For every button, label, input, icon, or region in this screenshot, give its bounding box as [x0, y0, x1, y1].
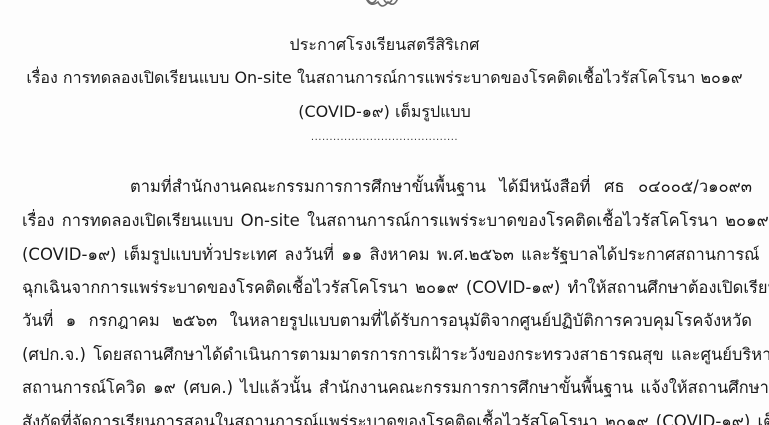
dotted-separator: ........................................	[0, 132, 769, 143]
body-line-2: เรื่อง การทดลองเปิดเรียนแบบ On-site ในสถ…	[22, 210, 752, 232]
body-line-6: (ศปก.จ.) โดยสถานศึกษาได้ดำเนินการตามมาตร…	[22, 344, 752, 366]
body-line-5: วันที่ ๑ กรกฎาคม ๒๕๖๓ ในหลายรูปแบบตามที่…	[22, 310, 752, 332]
announcement-title: ประกาศโรงเรียนสตรีสิริเกศ	[0, 34, 769, 56]
school-emblem-icon	[348, 0, 412, 12]
body-line-4: ฉุกเฉินจากการแพร่ระบาดของโรคติดเชื้อไวรั…	[22, 277, 752, 299]
subject-line-2: (COVID-๑๙) เต็มรูปแบบ	[0, 101, 769, 123]
document-page: ประกาศโรงเรียนสตรีสิริเกศ เรื่อง การทดลอ…	[0, 0, 769, 425]
body-line-7: สถานการณ์โควิด ๑๙ (ศบค.) ไปแล้วนั้น สำนั…	[22, 377, 752, 399]
body-line-1: ตามที่สำนักงานคณะกรรมการการศึกษาขั้นพื้น…	[130, 176, 752, 198]
body-line-3: (COVID-๑๙) เต็มรูปแบบทั่วประเทศ ลงวันที่…	[22, 244, 752, 266]
body-line-8: สังกัดที่จัดการเรียนการสอนในสถานการณ์แพร…	[22, 411, 752, 425]
subject-line-1: เรื่อง การทดลองเปิดเรียนแบบ On-site ในสถ…	[0, 67, 769, 89]
